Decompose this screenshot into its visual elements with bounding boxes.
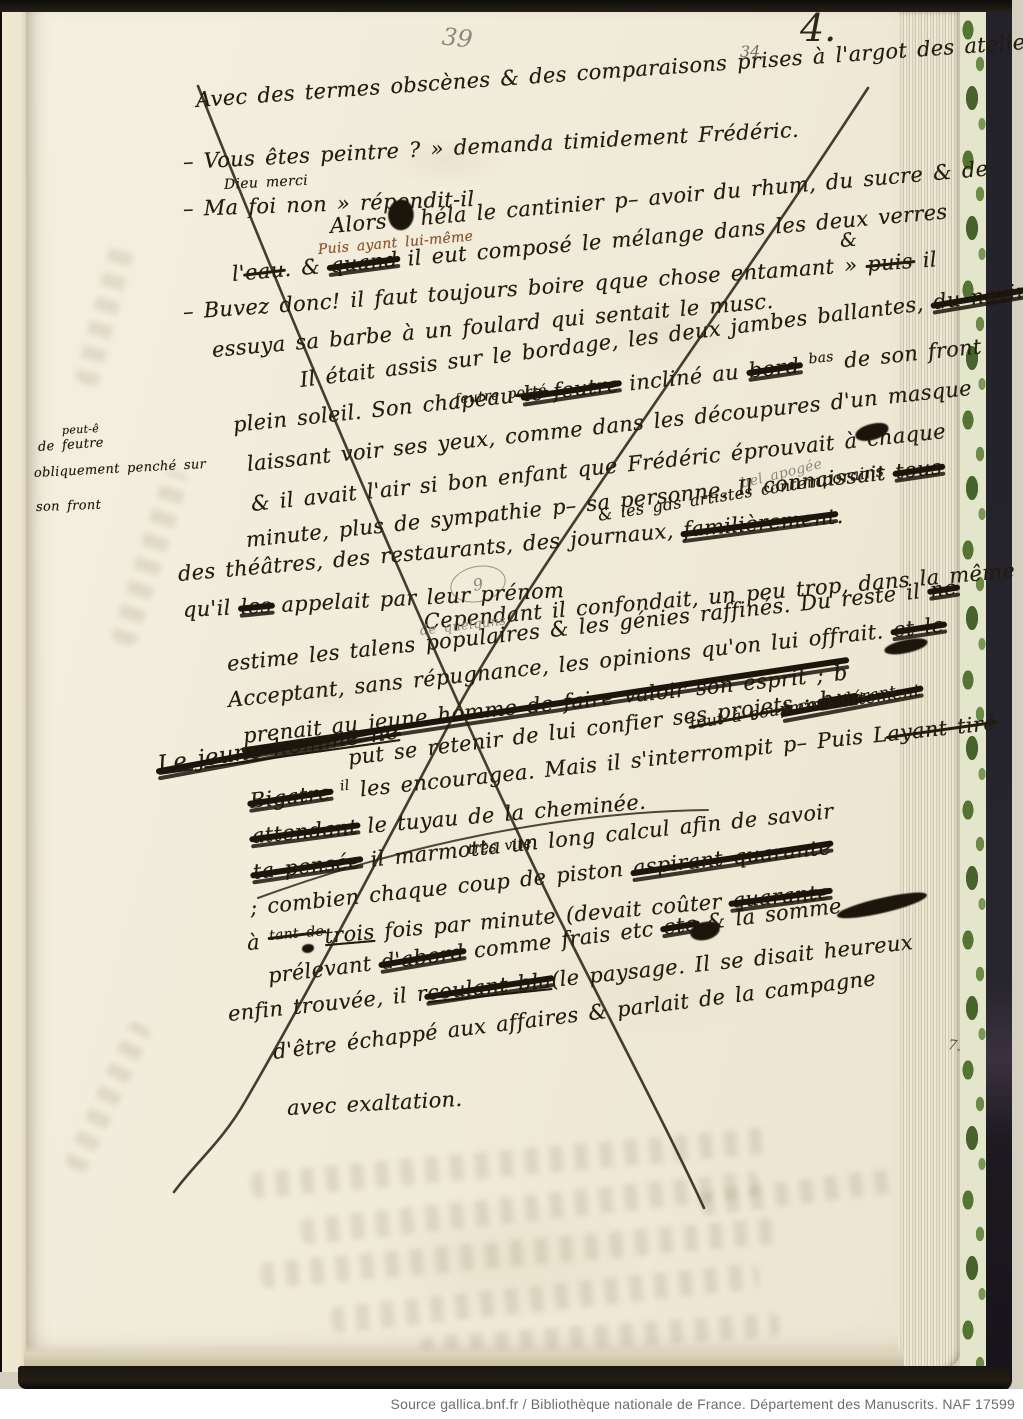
manuscript-word: il: [912, 247, 938, 273]
gallica-caption-bar: Source gallica.bnf.fr / Bibliothèque nat…: [0, 1389, 1023, 1419]
book-cover-top-edge: [0, 0, 1012, 12]
manuscript-word-sH: tous: [894, 455, 943, 484]
manuscript-word-s: eau: [244, 257, 285, 284]
manuscript-word-sH: les: [240, 593, 272, 619]
manuscript-word: à: [246, 929, 271, 955]
folio-number-pencil: 39: [441, 22, 474, 53]
folio-number-ink: 4.: [800, 6, 836, 50]
margin-note-interline: peut-ê: [62, 422, 100, 437]
manuscript-word: . &: [283, 253, 331, 281]
manuscript-word: son front: [36, 498, 102, 515]
manuscript-word-u: trois: [323, 920, 375, 948]
book-cover-bottom-edge: [18, 1366, 1010, 1389]
manuscript-scan-viewport: 39 34 4. 7. 9 Avec des termes obscènes &…: [0, 0, 1023, 1419]
margin-note: son front: [36, 498, 102, 515]
fore-edge-mark: 7.: [947, 1037, 962, 1055]
manuscript-word-sH: ne: [929, 575, 958, 602]
manuscript-word: peut-ê: [62, 422, 100, 437]
page-bottom-shadow: [24, 1344, 904, 1368]
marbled-endpaper-strip: [960, 12, 988, 1378]
previous-page-edge: [0, 8, 28, 1372]
manuscript-word: qu'il: [182, 595, 241, 622]
manuscript-word-s: puis: [866, 249, 913, 276]
folio-number-stamp: 34: [740, 42, 760, 61]
book-cover-right-edge: [986, 2, 1012, 1392]
source-caption: Source gallica.bnf.fr / Bibliothèque nat…: [391, 1396, 1015, 1412]
manuscript-word-ins: bas: [808, 349, 835, 368]
manuscript-word-s: tant de: [269, 923, 325, 944]
